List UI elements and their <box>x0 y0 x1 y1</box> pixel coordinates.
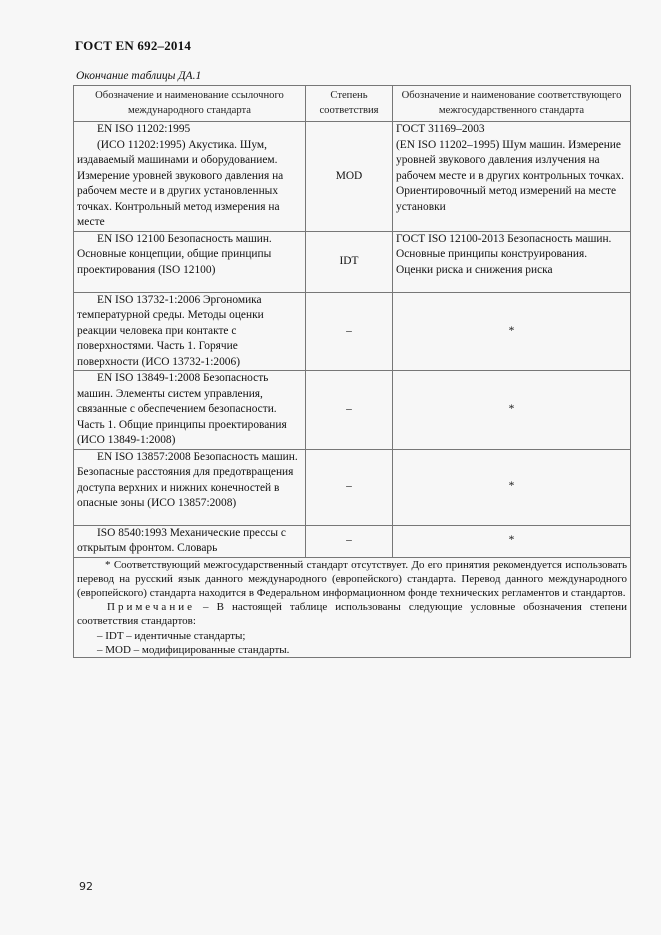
standard-code: EN ISO 11202:1995 <box>77 122 302 138</box>
standard-title: EN ISO 12100 Безопасность машин. Основны… <box>77 232 302 279</box>
table-row: EN ISO 13732-1:2006 Эргономика температу… <box>74 292 631 371</box>
interstate-standard-cell: * <box>393 525 631 557</box>
interstate-standard-cell: * <box>393 292 631 371</box>
standard-code: ГОСТ 31169–2003 <box>396 122 627 138</box>
standard-title: EN ISO 13849-1:2008 Безопасность машин. … <box>77 371 302 449</box>
degree-cell: – <box>306 449 393 525</box>
column-header-international: Обозначение и наименование ссылочного ме… <box>74 86 306 122</box>
interstate-standard-cell: ГОСТ 31169–2003 (EN ISO 11202–1995) Шум … <box>393 122 631 232</box>
interstate-standard-cell: * <box>393 449 631 525</box>
degree-cell: – <box>306 371 393 450</box>
degree-cell: – <box>306 292 393 371</box>
document-code: ГОСТ EN 692–2014 <box>75 38 191 54</box>
page-number: 92 <box>79 880 93 893</box>
table-row: EN ISO 11202:1995 (ИСО 11202:1995) Акуст… <box>74 122 631 232</box>
standard-title: EN ISO 13732-1:2006 Эргономика температу… <box>77 293 302 371</box>
table-notes: * Соответствующий межгосударственный ста… <box>74 557 631 657</box>
table-row: ISO 8540:1993 Механические прессы с откр… <box>74 525 631 557</box>
international-standard-cell: ISO 8540:1993 Механические прессы с откр… <box>74 525 306 557</box>
international-standard-cell: EN ISO 13732-1:2006 Эргономика температу… <box>74 292 306 371</box>
interstate-standard-cell: * <box>393 371 631 450</box>
international-standard-cell: EN ISO 13849-1:2008 Безопасность машин. … <box>74 371 306 450</box>
table-row: EN ISO 13857:2008 Безопасность машин. Бе… <box>74 449 631 525</box>
standard-title: (EN ISO 11202–1995) Шум машин. Измерение… <box>396 138 627 216</box>
table-caption: Окончание таблицы ДА.1 <box>76 70 201 82</box>
standards-correspondence-table: Обозначение и наименование ссылочного ме… <box>73 85 631 658</box>
interstate-standard-cell: ГОСТ ISO 12100-2013 Безопасность машин. … <box>393 231 631 292</box>
note: Примечание – В настоящей таблице использ… <box>77 600 627 628</box>
degree-cell: IDT <box>306 231 393 292</box>
international-standard-cell: EN ISO 12100 Безопасность машин. Основны… <box>74 231 306 292</box>
column-header-interstate: Обозначение и наименование соответствующ… <box>393 86 631 122</box>
column-header-degree: Степень соответствия <box>306 86 393 122</box>
international-standard-cell: EN ISO 13857:2008 Безопасность машин. Бе… <box>74 449 306 525</box>
table-row: EN ISO 13849-1:2008 Безопасность машин. … <box>74 371 631 450</box>
footnote: * Соответствующий межгосударственный ста… <box>77 558 627 601</box>
table-notes-row: * Соответствующий межгосударственный ста… <box>74 557 631 657</box>
standard-title: EN ISO 13857:2008 Безопасность машин. Бе… <box>77 450 302 512</box>
standard-title: (ИСО 11202:1995) Акустика. Шум, издаваем… <box>77 138 302 231</box>
table-header-row: Обозначение и наименование ссылочного ме… <box>74 86 631 122</box>
note-item-idt: – IDT – идентичные стандарты; <box>77 629 627 643</box>
note-label: Примечание <box>107 601 195 613</box>
international-standard-cell: EN ISO 11202:1995 (ИСО 11202:1995) Акуст… <box>74 122 306 232</box>
note-item-mod: – MOD – модифицированные стандарты. <box>77 643 627 657</box>
degree-cell: – <box>306 525 393 557</box>
table-row: EN ISO 12100 Безопасность машин. Основны… <box>74 231 631 292</box>
degree-cell: MOD <box>306 122 393 232</box>
standard-title: ГОСТ ISO 12100-2013 Безопасность машин. … <box>396 232 627 279</box>
standard-title: ISO 8540:1993 Механические прессы с откр… <box>77 526 302 557</box>
